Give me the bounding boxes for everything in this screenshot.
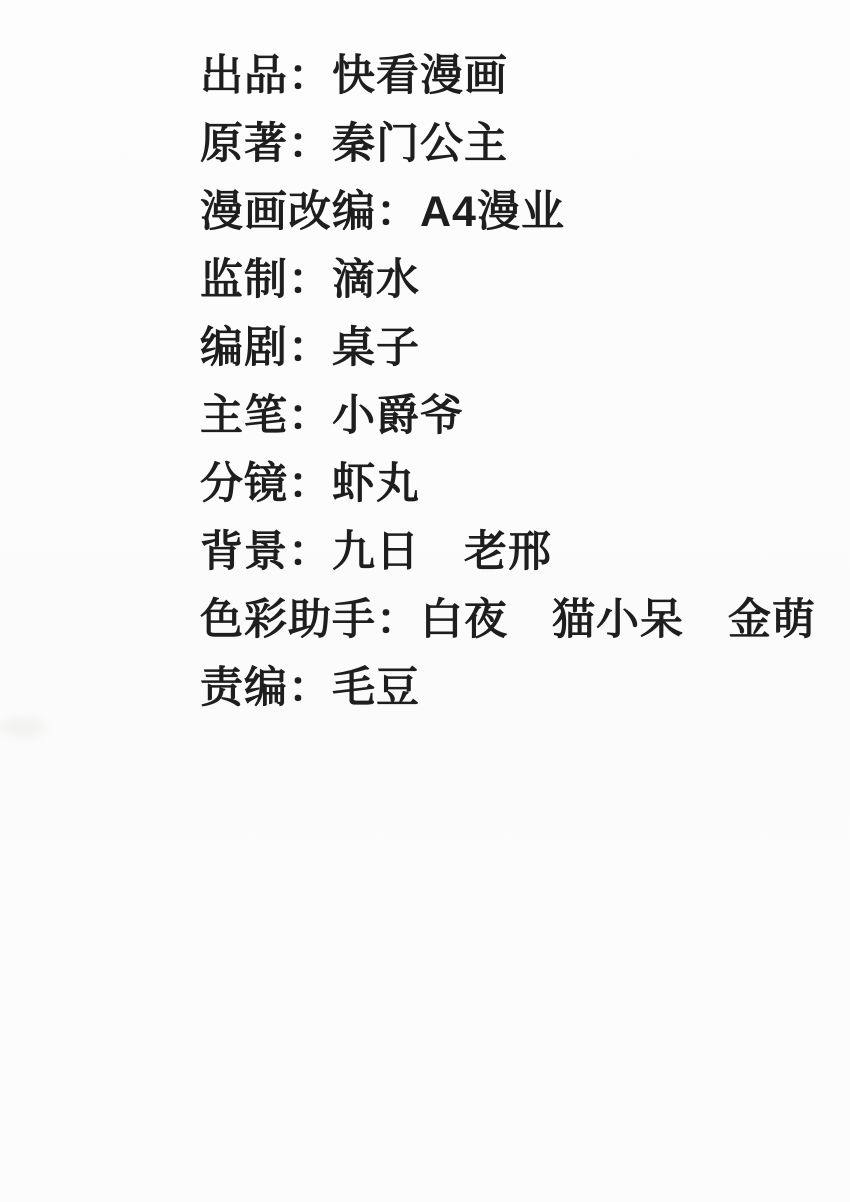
credit-names: 毛豆 [332,664,420,712]
credit-names: 小爵爷 [332,392,464,440]
credit-line: 主笔：小爵爷 [200,382,820,450]
credit-line: 原著：秦门公主 [200,110,820,178]
credit-role: 分镜： [200,460,332,508]
credit-line: 背景：九日 老邢 [200,518,820,586]
credit-line: 分镜：虾丸 [200,450,820,518]
credit-role: 出品： [200,52,332,100]
credit-names: A4漫业 [420,188,565,236]
credit-line: 色彩助手：白夜 猫小呆 金萌 [200,586,820,654]
scan-artifact-smudge [0,716,46,738]
credit-role: 色彩助手： [200,596,420,644]
credit-role: 责编： [200,664,332,712]
credit-line: 编剧：桌子 [200,314,820,382]
credit-names: 九日 老邢 [332,528,552,576]
credit-role: 主笔： [200,392,332,440]
credits-page: 出品：快看漫画原著：秦门公主漫画改编：A4漫业监制：滴水编剧：桌子主笔：小爵爷分… [0,0,850,1202]
credit-role: 监制： [200,256,332,304]
credit-names: 快看漫画 [332,52,508,100]
credits-list: 出品：快看漫画原著：秦门公主漫画改编：A4漫业监制：滴水编剧：桌子主笔：小爵爷分… [200,42,820,722]
credit-line: 出品：快看漫画 [200,42,820,110]
credit-names: 秦门公主 [332,120,508,168]
credit-role: 背景： [200,528,332,576]
credit-line: 漫画改编：A4漫业 [200,178,820,246]
credit-role: 漫画改编： [200,188,420,236]
credit-names: 滴水 [332,256,420,304]
credit-names: 桌子 [332,324,420,372]
credit-role: 编剧： [200,324,332,372]
credit-role: 原著： [200,120,332,168]
credit-names: 白夜 猫小呆 金萌 [420,596,816,644]
credit-line: 责编：毛豆 [200,654,820,722]
credit-line: 监制：滴水 [200,246,820,314]
credit-names: 虾丸 [332,460,420,508]
